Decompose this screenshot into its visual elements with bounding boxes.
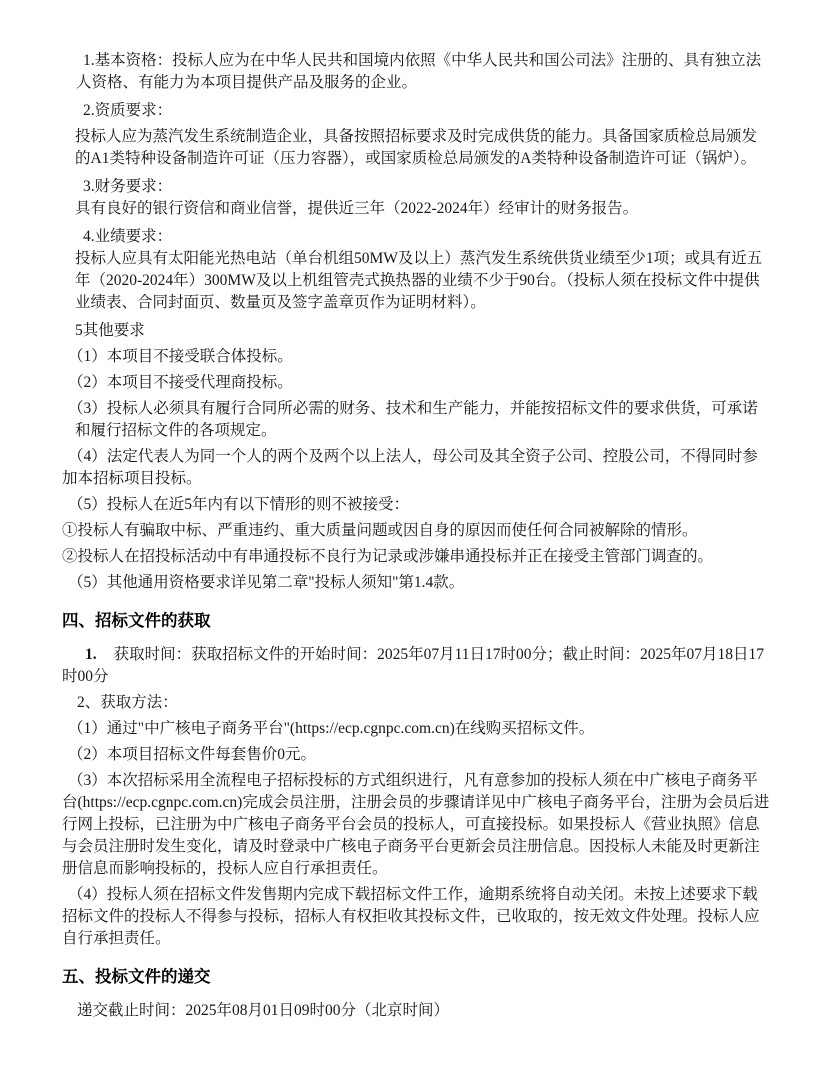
section-bid-submission: 五、投标文件的递交 递交截止时间：2025年08月01日09时00分（北京时间） [62,965,771,1022]
para-method-4: （4）投标人须在招标文件发售期内完成下载招标文件工作，逾期系统将自动关闭。未按上… [62,884,771,950]
para-other-item-1: （1）本项目不接受联合体投标。 [62,346,771,368]
para-other-item-2: （2）本项目不接受代理商投标。 [62,372,771,394]
para-other-item-5: （5）投标人在近5年内有以下情形的则不被接受： [62,494,771,516]
para-submission-deadline: 递交截止时间：2025年08月01日09时00分（北京时间） [62,1000,771,1022]
acquisition-time-text: 获取时间：获取招标文件的开始时间：2025年07月11日17时00分；截止时间：… [62,646,764,685]
para-other-requirements-title: 5其他要求 [62,320,771,342]
tender-notice-document-page: 1.基本资格：投标人应为在中华人民共和国境内依照《中华人民共和国公司法》注册的、… [0,0,825,1071]
section4-heading: 四、招标文件的获取 [62,609,771,633]
section-document-acquisition: 四、招标文件的获取 1.获取时间：获取招标文件的开始时间：2025年07月11日… [62,609,771,950]
para-other-item-circled-1: ①投标人有骗取中标、严重违约、重大质量问题或因自身的原因而使任何合同被解除的情形… [62,520,771,542]
para-other-item-circled-2: ②投标人在招投标活动中有串通投标不良行为记录或涉嫌串通投标并正在接受主管部门调查… [62,546,771,568]
para-method-2: （2）本项目招标文件每套售价0元。 [62,744,771,766]
para-performance-title: 4.业绩要求： [62,226,771,248]
para-other-item-3: （3）投标人必须具有履行合同所必需的财务、技术和生产能力，并能按招标文件的要求供… [62,398,771,442]
section-qualification-requirements: 1.基本资格：投标人应为在中华人民共和国境内依照《中华人民共和国公司法》注册的、… [62,50,771,594]
para-qualification-body: 投标人应为蒸汽发生系统制造企业，具备按照招标要求及时完成供货的能力。具备国家质检… [62,126,771,170]
para-other-item-4: （4）法定代表人为同一个人的两个及两个以上法人，母公司及其全资子公司、控股公司，… [62,446,771,490]
para-acquisition-method-title: 2、获取方法： [62,692,771,714]
para-qualification-title: 2.资质要求： [62,100,771,122]
para-method-1: （1）通过"中广核电子商务平台"(https://ecp.cgnpc.com.c… [62,718,771,740]
para-finance-title: 3.财务要求： [62,176,771,198]
item-number: 1. [85,646,97,663]
para-method-3: （3）本次招标采用全流程电子招标投标的方式组织进行，凡有意参加的投标人须在中广核… [62,770,771,880]
para-acquisition-time: 1.获取时间：获取招标文件的开始时间：2025年07月11日17时00分；截止时… [62,644,771,688]
section5-heading: 五、投标文件的递交 [62,965,771,989]
para-finance-body: 具有良好的银行资信和商业信誉，提供近三年（2022-2024年）经审计的财务报告… [62,198,771,220]
para-performance-body: 投标人应具有太阳能光热电站（单台机组50MW及以上）蒸汽发生系统供货业绩至少1项… [62,248,771,314]
para-basic-qualification: 1.基本资格：投标人应为在中华人民共和国境内依照《中华人民共和国公司法》注册的、… [62,50,771,94]
para-other-item-general: （5）其他通用资格要求详见第二章"投标人须知"第1.4款。 [62,572,771,594]
